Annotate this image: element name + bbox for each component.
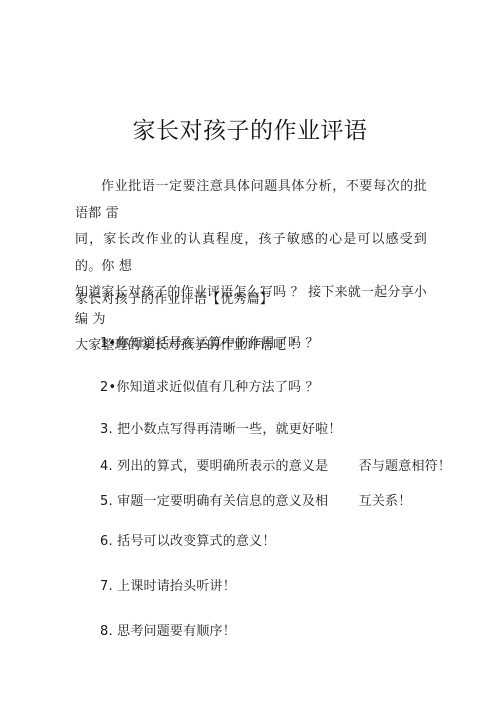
list-item: 5. 审题一定要明确有关信息的意义及相 互关系！ bbox=[100, 490, 411, 509]
intro-line: 作业批语一定要注意具体问题具体分析，不要每次的批语都 雷 bbox=[75, 174, 427, 227]
list-item: 6. 括号可以改变算式的意义！ bbox=[100, 530, 276, 549]
list-item: 3. 把小数点写得再清晰一些，就更好啦！ bbox=[100, 418, 342, 437]
list-item: 1•你知道括号在运算中的作用了吗 ？ bbox=[100, 332, 319, 351]
section-heading: 家长对孩子的作业评语【优秀篇】 bbox=[75, 288, 273, 307]
list-item: 7. 上课时请抬头听讲！ bbox=[100, 575, 236, 594]
list-item: 2•你知道求近似值有几种方法了吗 ？ bbox=[100, 376, 319, 395]
intro-line: 同，家长改作业的认真程度，孩子敏感的心是可以感受到的。你 想 bbox=[75, 227, 427, 280]
list-item: 4. 列出的算式，要明确所表示的意义是 否与题意相符！ bbox=[100, 455, 451, 474]
document-title: 家长对孩子的作业评语 bbox=[0, 112, 500, 145]
list-item: 8. 思考问题要有顺序！ bbox=[100, 620, 236, 639]
